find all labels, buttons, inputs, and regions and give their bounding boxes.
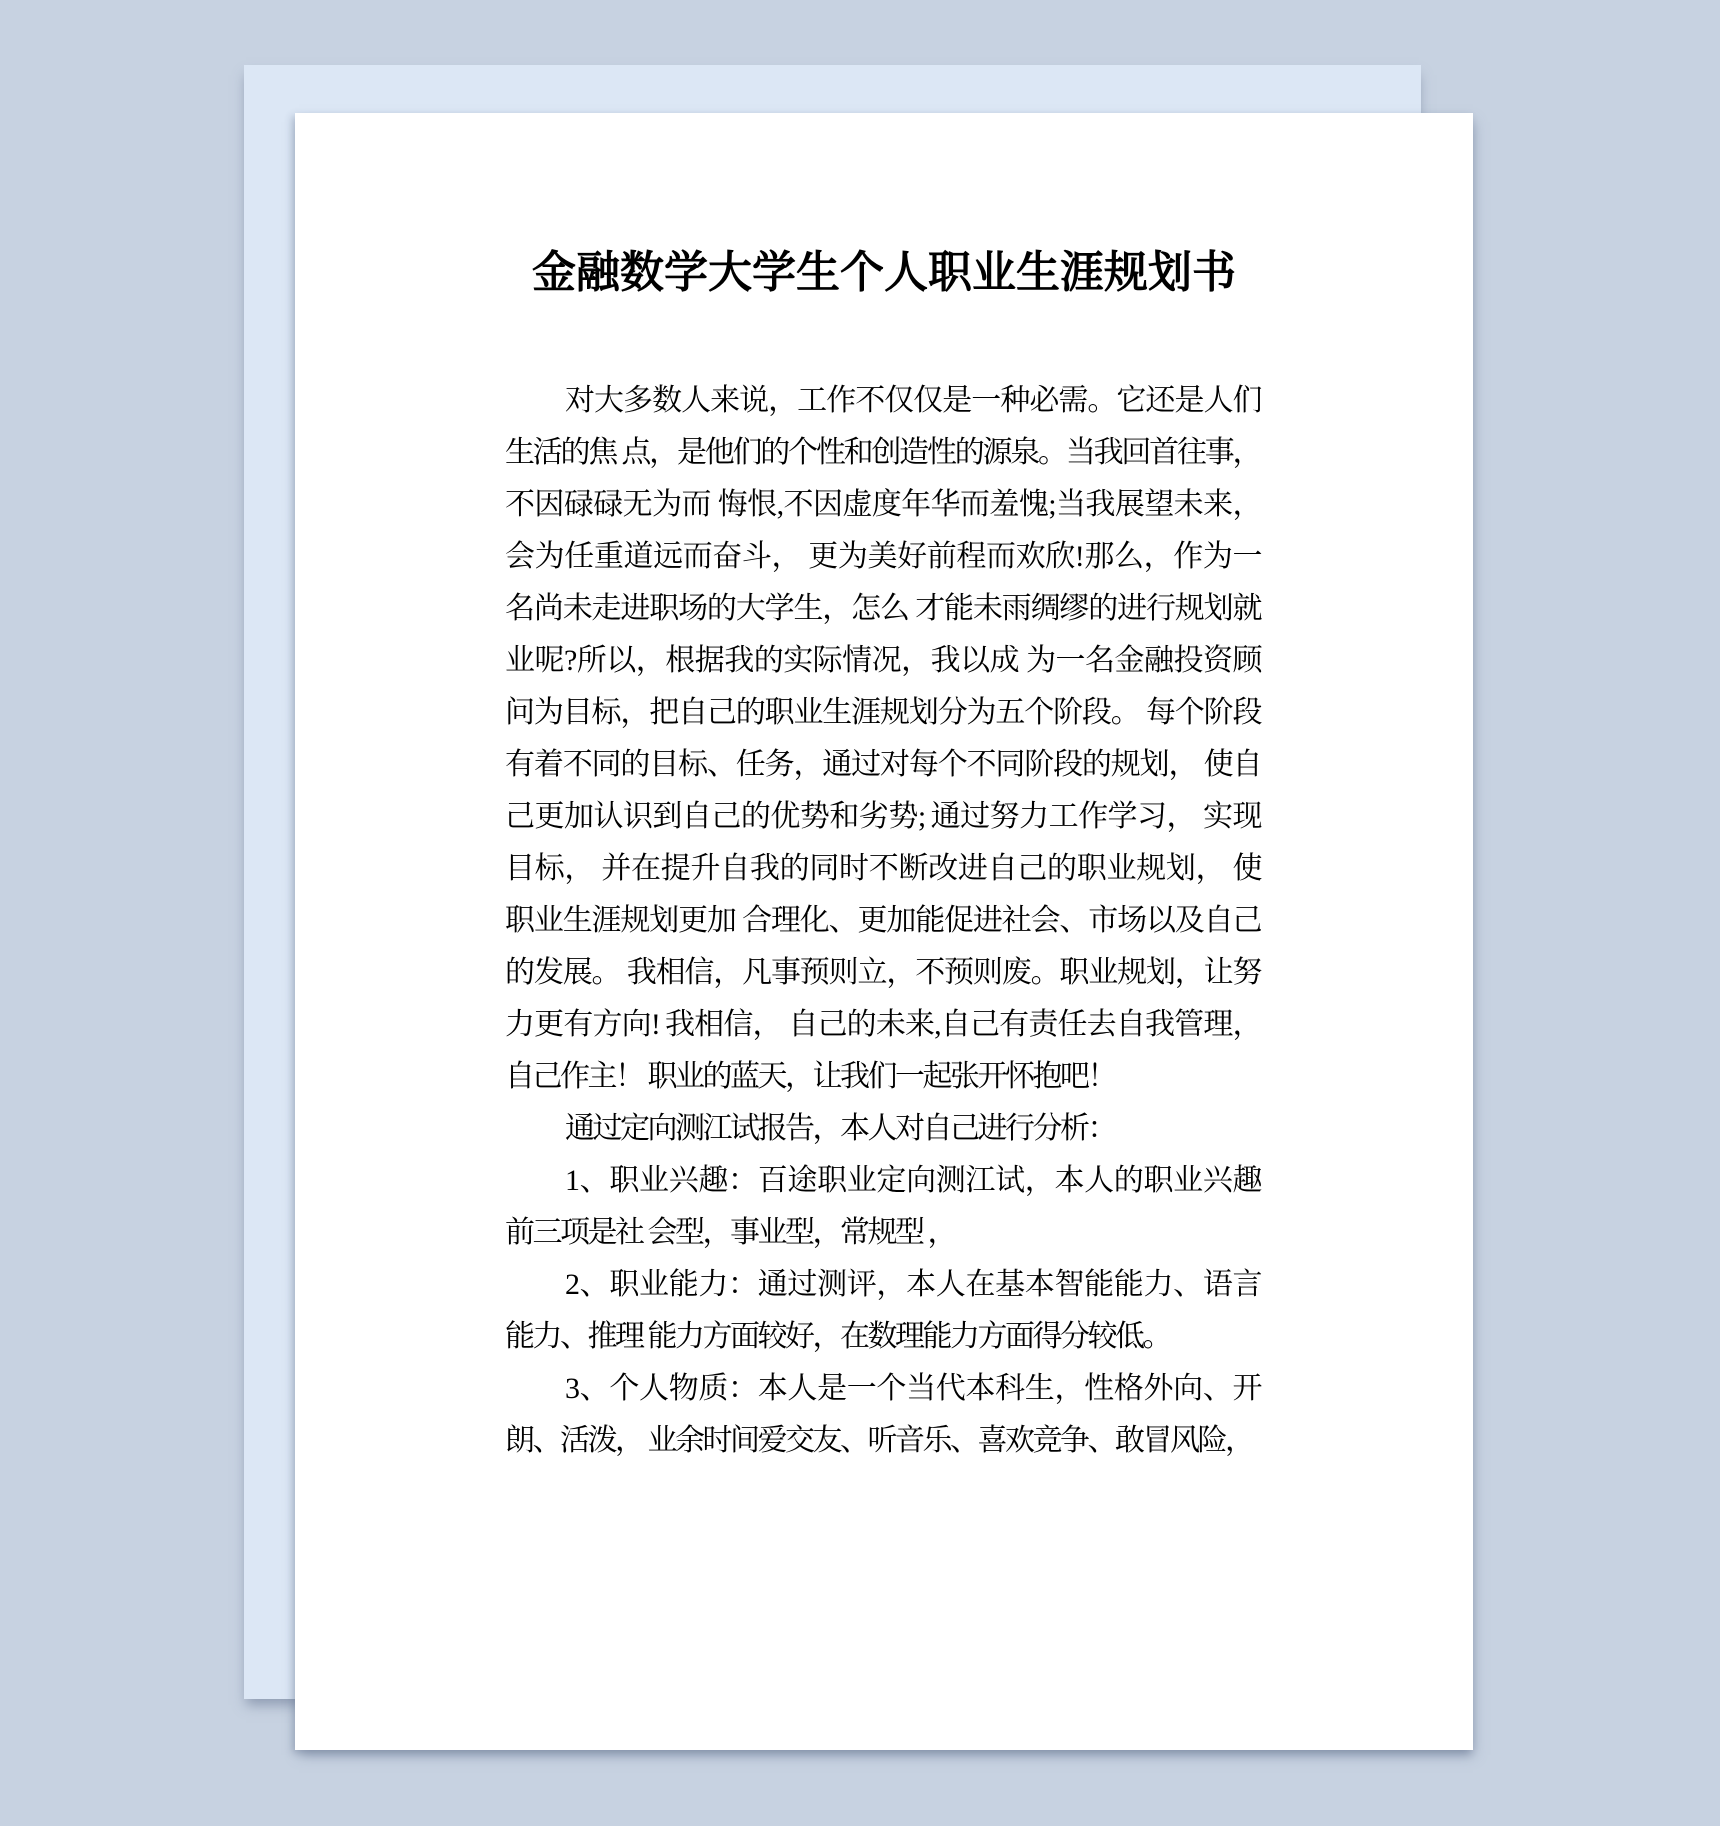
text-line: 生活的焦 点，是他们的个性和创造性的源泉。当我回首往事，	[505, 427, 1260, 479]
text-line: 朗、活泼， 业余时间爱交友、听音乐、喜欢竞争、敢冒风险，	[505, 1415, 1260, 1467]
text-line: 对大多数人来说，工作不仅仅是一种必需。它还是人们	[505, 375, 1260, 427]
text-line: 职业生涯规划更加 合理化、更加能促进社会、市场以及自己	[505, 895, 1260, 947]
text-line: 有着不同的目标、任务，通过对每个不同阶段的规划， 使自	[505, 739, 1260, 791]
document-preview: 金融数学大学生个人职业生涯规划书 对大多数人来说，工作不仅仅是一种必需。它还是人…	[0, 0, 1720, 1826]
paragraph: 2、职业能力：通过测评，本人在基本智能能力、语言能力、推理 能力方面较好，在数理…	[505, 1259, 1260, 1363]
text-line: 业呢?所以，根据我的实际情况，我以成 为一名金融投资顾	[505, 635, 1260, 687]
paragraph: 通过定向测江试报告，本人对自己进行分析：	[505, 1103, 1260, 1155]
text-line: 能力、推理 能力方面较好，在数理能力方面得分较低。	[505, 1311, 1260, 1363]
text-line: 2、职业能力：通过测评，本人在基本智能能力、语言	[505, 1259, 1260, 1311]
paragraph: 3、个人物质：本人是一个当代本科生，性格外向、开朗、活泼， 业余时间爱交友、听音…	[505, 1363, 1260, 1467]
document-page: 金融数学大学生个人职业生涯规划书 对大多数人来说，工作不仅仅是一种必需。它还是人…	[295, 113, 1473, 1750]
text-line: 力更有方向! 我相信， 自己的未来,自己有责任去自我管理，	[505, 999, 1260, 1051]
document-body: 对大多数人来说，工作不仅仅是一种必需。它还是人们生活的焦 点，是他们的个性和创造…	[505, 375, 1260, 1467]
text-line: 己更加认识到自己的优势和劣势; 通过努力工作学习， 实现	[505, 791, 1260, 843]
text-line: 名尚未走进职场的大学生，怎么 才能未雨绸缪的进行规划就	[505, 583, 1260, 635]
text-line: 问为目标，把自己的职业生涯规划分为五个阶段。 每个阶段	[505, 687, 1260, 739]
text-line: 会为任重道远而奋斗， 更为美好前程而欢欣!那么，作为一	[505, 531, 1260, 583]
text-line: 3、个人物质：本人是一个当代本科生，性格外向、开	[505, 1363, 1260, 1415]
text-line: 目标， 并在提升自我的同时不断改进自己的职业规划， 使	[505, 843, 1260, 895]
text-line: 1、职业兴趣：百途职业定向测江试，本人的职业兴趣	[505, 1155, 1260, 1207]
text-line: 的发展。 我相信，凡事预则立，不预则废。职业规划，让努	[505, 947, 1260, 999]
paragraph: 对大多数人来说，工作不仅仅是一种必需。它还是人们生活的焦 点，是他们的个性和创造…	[505, 375, 1260, 1103]
document-title: 金融数学大学生个人职业生涯规划书	[295, 233, 1473, 313]
text-line: 不因碌碌无为而 悔恨,不因虚度年华而羞愧;当我展望未来，	[505, 479, 1260, 531]
text-line: 通过定向测江试报告，本人对自己进行分析：	[505, 1103, 1260, 1155]
paragraph: 1、职业兴趣：百途职业定向测江试，本人的职业兴趣前三项是社 会型，事业型，常规型…	[505, 1155, 1260, 1259]
text-line: 自己作主！ 职业的蓝天，让我们一起张开怀抱吧！	[505, 1051, 1260, 1103]
text-line: 前三项是社 会型，事业型，常规型 ，	[505, 1207, 1260, 1259]
